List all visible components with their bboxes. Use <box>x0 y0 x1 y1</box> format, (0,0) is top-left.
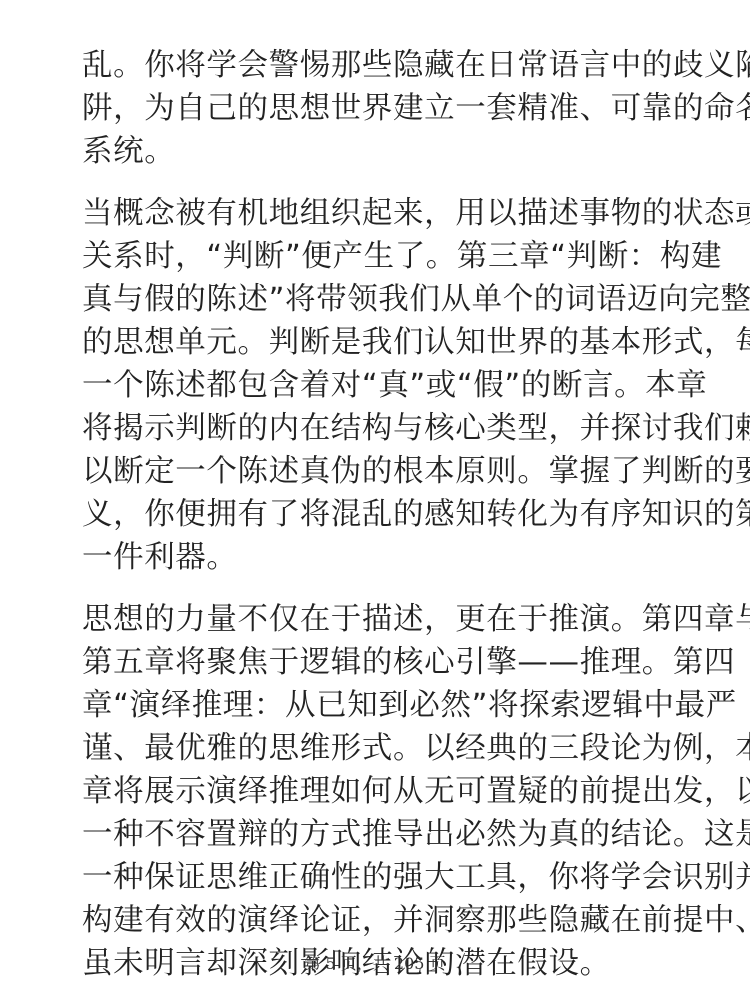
text-line: 谨、最优雅的思维形式。以经典的三段论为例，本 <box>82 727 668 770</box>
text-line: 的思想单元。判断是我们认知世界的基本形式，每 <box>82 321 668 364</box>
text-line: 一种不容置辩的方式推导出必然为真的结论。这是 <box>82 813 668 856</box>
paragraph-1: 乱。你将学会警惕那些隐藏在日常语言中的歧义陷 阱，为自己的思想世界建立一套精准、… <box>82 44 668 173</box>
paragraph-2: 当概念被有机地组织起来，用以描述事物的状态或 关系时，“判断”便产生了。第三章“… <box>82 192 668 579</box>
text-line: 章将展示演绎推理如何从无可置疑的前提出发，以 <box>82 770 668 813</box>
text-line: 真与假的陈述”将带领我们从单个的词语迈向完整 <box>82 278 668 321</box>
text-line: 一个陈述都包含着对“真”或“假”的断言。本章 <box>82 364 668 407</box>
text-line: 义，你便拥有了将混乱的感知转化为有序知识的第 <box>82 493 668 536</box>
text-line: 构建有效的演绎论证，并洞察那些隐藏在前提中、 <box>82 899 668 942</box>
document-page: 乱。你将学会警惕那些隐藏在日常语言中的歧义陷 阱，为自己的思想世界建立一套精准、… <box>82 44 668 1000</box>
text-line: 一种保证思维正确性的强大工具，你将学会识别并 <box>82 856 668 899</box>
text-line: 一件利器。 <box>82 536 668 579</box>
text-line: 乱。你将学会警惕那些隐藏在日常语言中的歧义陷 <box>82 44 668 87</box>
text-line: 思想的力量不仅在于描述，更在于推演。第四章与 <box>82 598 668 641</box>
paragraph-3: 思想的力量不仅在于描述，更在于推演。第四章与 第五章将聚焦于逻辑的核心引擎——推… <box>82 598 668 985</box>
text-line: 章“演绎推理：从已知到必然”将探索逻辑中最严 <box>82 684 668 727</box>
text-line: 将揭示判断的内在结构与核心类型，并探讨我们赖 <box>82 407 668 450</box>
text-line: 阱，为自己的思想世界建立一套精准、可靠的命名 <box>82 87 668 130</box>
page-number-footer: 第 5 页，共 205 页 <box>0 951 750 974</box>
text-line: 以断定一个陈述真伪的根本原则。掌握了判断的要 <box>82 450 668 493</box>
text-line: 当概念被有机地组织起来，用以描述事物的状态或 <box>82 192 668 235</box>
text-line: 系统。 <box>82 130 668 173</box>
text-line: 关系时，“判断”便产生了。第三章“判断：构建 <box>82 235 668 278</box>
text-line: 第五章将聚焦于逻辑的核心引擎——推理。第四 <box>82 641 668 684</box>
